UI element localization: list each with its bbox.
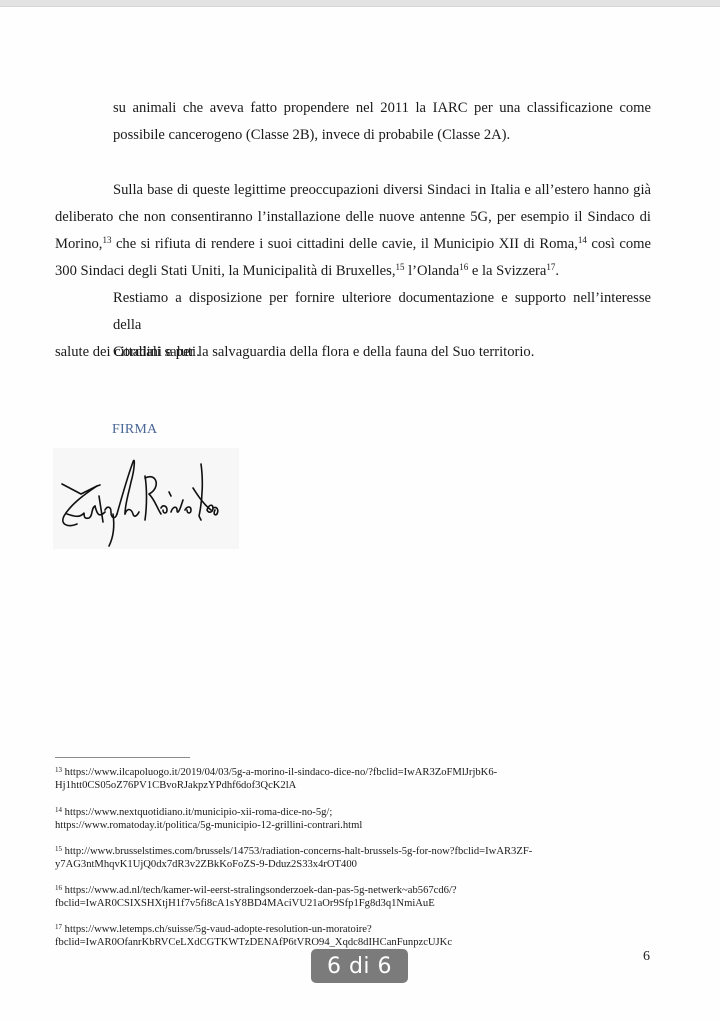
closing-salutation: Cordiali saluti. <box>113 339 200 366</box>
intro-paragraph: su animali che aveva fatto propendere ne… <box>113 95 651 149</box>
footnote-16: 16 https://www.ad.nl/tech/kamer-wil-eers… <box>55 885 645 910</box>
sindaci-line-4: 300 Sindaci degli Stati Uniti, la Munici… <box>55 258 651 285</box>
footnote-line: 15 http://www.brusselstimes.com/brussels… <box>55 846 645 859</box>
footnote-number: 13 <box>55 766 62 774</box>
text-segment: che si rifiuta di rendere i suoi cittadi… <box>111 236 577 252</box>
footnote-line: 13 https://www.ilcapoluogo.it/2019/04/03… <box>55 767 645 780</box>
footnote-number: 17 <box>55 923 62 931</box>
page-indicator-badge: 6 di 6 <box>311 949 408 983</box>
viewer-top-bar <box>0 0 720 7</box>
footnote-link[interactable]: y7AG3ntMhqvK1UjQ0dx7dR3v2ZBkKoFoZS-9-Ddu… <box>55 859 645 872</box>
footnote-number: 16 <box>55 884 62 892</box>
footnote-link[interactable]: fbclid=IwAR0CSIXSHXtjH1f7v5fi8cA1sY8BD4M… <box>55 898 645 911</box>
footnote-14: 14 https://www.nextquotidiano.it/municip… <box>55 807 645 832</box>
footnote-line: 14 https://www.nextquotidiano.it/municip… <box>55 807 645 820</box>
text-segment: . <box>555 263 559 279</box>
footnote-number: 14 <box>55 806 62 814</box>
footnote-line: 16 https://www.ad.nl/tech/kamer-wil-eers… <box>55 885 645 898</box>
footnote-15: 15 http://www.brusselstimes.com/brussels… <box>55 846 645 871</box>
footnote-separator <box>55 757 190 758</box>
text-segment: l’Olanda <box>404 263 459 279</box>
footnote-13: 13 https://www.ilcapoluogo.it/2019/04/03… <box>55 767 645 792</box>
footnote-line: 17 https://www.letemps.ch/suisse/5g-vaud… <box>55 924 645 937</box>
intro-line-1: su animali che aveva fatto propendere ne… <box>113 95 651 122</box>
text-segment: così come <box>587 236 651 252</box>
footnote-link[interactable]: https://www.letemps.ch/suisse/5g-vaud-ad… <box>65 924 372 935</box>
footnote-link[interactable]: https://www.romatoday.it/politica/5g-mun… <box>55 820 645 833</box>
footnote-ref-14[interactable]: 14 <box>578 235 587 245</box>
footnote-link[interactable]: https://www.ilcapoluogo.it/2019/04/03/5g… <box>65 767 498 778</box>
sindaci-line-1: Sulla base di queste legittime preoccupa… <box>55 177 651 204</box>
intro-line-2: possibile cancerogeno (Classe 2B), invec… <box>113 122 651 149</box>
footnote-link[interactable]: https://www.ad.nl/tech/kamer-wil-eerst-s… <box>65 885 457 896</box>
text-segment: e la Svizzera <box>468 263 546 279</box>
document-page[interactable]: su animali che aveva fatto propendere ne… <box>0 7 720 1020</box>
signature-image <box>53 448 239 549</box>
page-number: 6 <box>643 949 650 965</box>
signature-label: FIRMA <box>112 422 157 438</box>
footnote-link[interactable]: Hj1htt0CS05oZ76PV1CBvoRJakpzYPdhf6dof3Qc… <box>55 780 645 793</box>
sindaci-line-2: deliberato che non consentiranno l’insta… <box>55 204 651 231</box>
footnote-link[interactable]: https://www.nextquotidiano.it/municipio-… <box>65 807 333 818</box>
sindaci-line-3: Morino,13 che si rifiuta di rendere i su… <box>55 231 651 258</box>
footnote-link[interactable]: fbclid=IwAR0OfanrKbRVCeLXdCGTKWTzDENAfP6… <box>55 937 645 950</box>
footnote-link[interactable]: http://www.brusselstimes.com/brussels/14… <box>65 846 533 857</box>
handwritten-signature-icon <box>53 448 239 549</box>
restiamo-line-1: Restiamo a disposizione per fornire ulte… <box>55 285 651 339</box>
text-segment: 300 Sindaci degli Stati Uniti, la Munici… <box>55 263 395 279</box>
sindaci-paragraph: Sulla base di queste legittime preoccupa… <box>55 177 651 285</box>
footnote-number: 15 <box>55 845 62 853</box>
footnote-17: 17 https://www.letemps.ch/suisse/5g-vaud… <box>55 924 645 949</box>
footnote-ref-16[interactable]: 16 <box>459 262 468 272</box>
text-segment: Morino, <box>55 236 102 252</box>
